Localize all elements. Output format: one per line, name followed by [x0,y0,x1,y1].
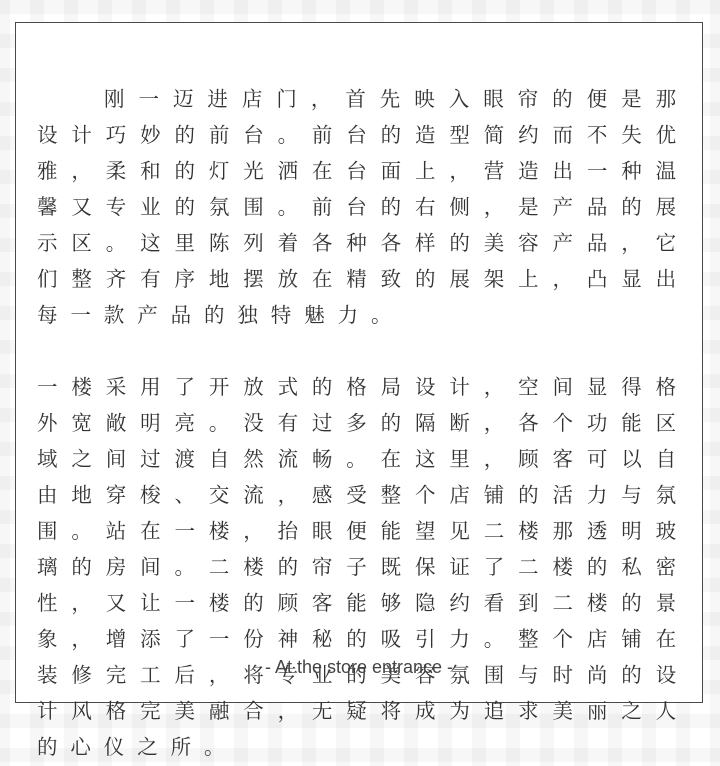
article-card: 刚一迈进店门，首先映入眼帘的便是那设计巧妙的前台。前台的造型简约而不失优雅，柔和… [15,22,703,703]
paragraph-first-floor: 一楼采用了开放式的格局设计，空间显得格外宽敞明亮。没有过多的隔断，各个功能区域之… [37,369,689,765]
image-caption: - At the store entrance - [16,657,702,678]
paragraph-front-desk: 刚一迈进店门，首先映入眼帘的便是那设计巧妙的前台。前台的造型简约而不失优雅，柔和… [37,81,689,333]
